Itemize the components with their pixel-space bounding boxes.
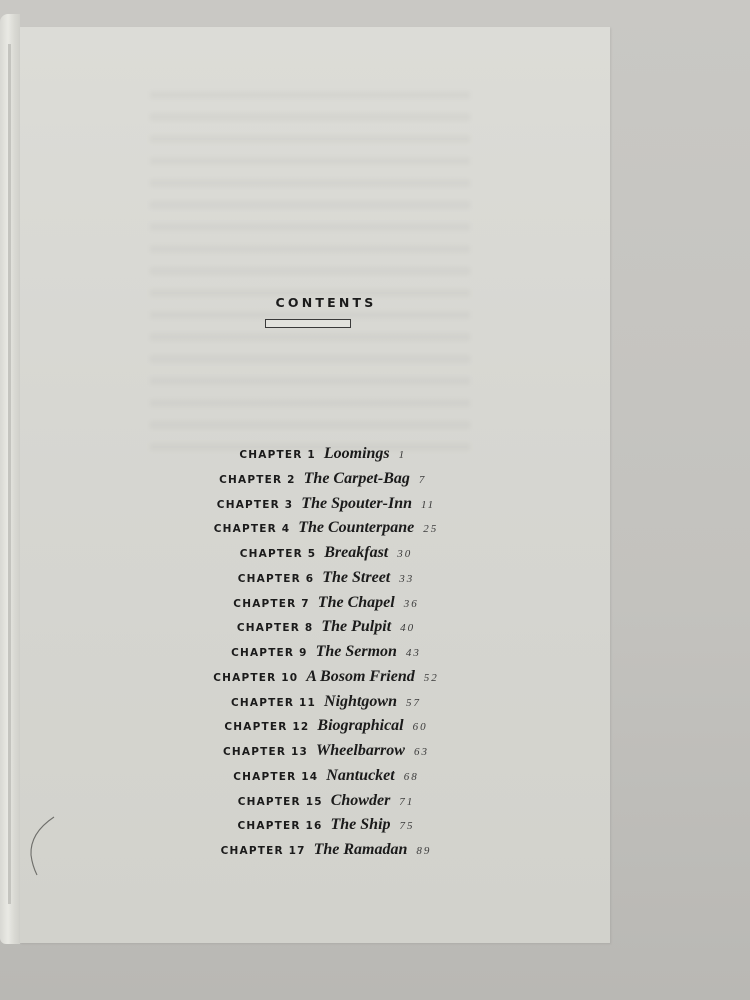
- toc-entry: CHAPTER 7The Chapel36: [20, 594, 632, 619]
- toc-entry: CHAPTER 2The Carpet-Bag7: [20, 470, 632, 495]
- chapter-page-number: 75: [400, 820, 415, 832]
- toc-entry: CHAPTER 8The Pulpit40: [20, 618, 632, 643]
- chapter-label: CHAPTER 12: [224, 721, 309, 733]
- chapter-page-number: 1: [399, 449, 413, 461]
- chapter-title: Breakfast: [324, 544, 388, 562]
- toc-entry: CHAPTER 6The Street33: [20, 569, 632, 594]
- chapter-page-number: 25: [423, 523, 438, 535]
- toc-entry: CHAPTER 15Chowder71: [20, 792, 632, 817]
- chapter-label: CHAPTER 15: [238, 796, 323, 808]
- chapter-title: The Ramadan: [314, 841, 408, 859]
- heading-ornament-rule: [265, 319, 351, 328]
- toc-entry: CHAPTER 11Nightgown57: [20, 693, 632, 718]
- chapter-title: The Chapel: [318, 594, 395, 612]
- toc-entry: CHAPTER 16The Ship75: [20, 816, 632, 841]
- chapter-page-number: 7: [419, 474, 433, 486]
- chapter-title: The Pulpit: [321, 618, 391, 636]
- chapter-page-number: 57: [406, 697, 421, 709]
- chapter-page-number: 43: [406, 647, 421, 659]
- chapter-title: Chowder: [331, 792, 391, 810]
- chapter-title: Nantucket: [326, 767, 394, 785]
- chapter-title: Loomings: [324, 445, 390, 463]
- contents-heading: CONTENTS: [20, 295, 632, 310]
- chapter-page-number: 40: [400, 622, 415, 634]
- chapter-page-number: 33: [399, 573, 414, 585]
- chapter-page-number: 36: [404, 598, 419, 610]
- chapter-label: CHAPTER 5: [240, 548, 317, 560]
- chapter-page-number: 11: [421, 499, 435, 511]
- chapter-title: The Sermon: [316, 643, 397, 661]
- toc-entry: CHAPTER 10A Bosom Friend52: [20, 668, 632, 693]
- chapter-page-number: 71: [399, 796, 414, 808]
- toc-entry: CHAPTER 13Wheelbarrow63: [20, 742, 632, 767]
- toc-entry: CHAPTER 9The Sermon43: [20, 643, 632, 668]
- chapter-page-number: 52: [424, 672, 439, 684]
- chapter-label: CHAPTER 4: [214, 523, 291, 535]
- chapter-title: A Bosom Friend: [306, 668, 414, 686]
- toc-entry: CHAPTER 3The Spouter-Inn11: [20, 495, 632, 520]
- book-page: CONTENTS CHAPTER 1Loomings1 CHAPTER 2The…: [20, 27, 610, 943]
- chapter-page-number: 68: [404, 771, 419, 783]
- chapter-label: CHAPTER 13: [223, 746, 308, 758]
- chapter-label: CHAPTER 3: [217, 499, 294, 511]
- chapter-label: CHAPTER 1: [239, 449, 316, 461]
- toc-entry: CHAPTER 1Loomings1: [20, 445, 632, 470]
- toc-entry: CHAPTER 5Breakfast30: [20, 544, 632, 569]
- toc-entry: CHAPTER 12Biographical60: [20, 717, 632, 742]
- table-of-contents: CHAPTER 1Loomings1 CHAPTER 2The Carpet-B…: [20, 445, 632, 866]
- chapter-label: CHAPTER 2: [219, 474, 296, 486]
- book-spine-edge: [0, 14, 20, 944]
- chapter-title: The Spouter-Inn: [301, 495, 412, 513]
- chapter-label: CHAPTER 16: [237, 820, 322, 832]
- chapter-label: CHAPTER 7: [233, 598, 310, 610]
- chapter-title: The Counterpane: [298, 519, 414, 537]
- chapter-page-number: 89: [416, 845, 431, 857]
- chapter-title: The Ship: [331, 816, 391, 834]
- chapter-label: CHAPTER 8: [237, 622, 314, 634]
- chapter-title: Nightgown: [324, 693, 397, 711]
- chapter-label: CHAPTER 6: [238, 573, 315, 585]
- chapter-label: CHAPTER 14: [233, 771, 318, 783]
- chapter-page-number: 63: [414, 746, 429, 758]
- chapter-page-number: 30: [397, 548, 412, 560]
- chapter-label: CHAPTER 9: [231, 647, 308, 659]
- toc-entry: CHAPTER 17The Ramadan89: [20, 841, 632, 866]
- chapter-page-number: 60: [413, 721, 428, 733]
- chapter-label: CHAPTER 10: [213, 672, 298, 684]
- chapter-label: CHAPTER 17: [221, 845, 306, 857]
- chapter-title: The Carpet-Bag: [304, 470, 410, 488]
- chapter-label: CHAPTER 11: [231, 697, 316, 709]
- chapter-title: Wheelbarrow: [316, 742, 405, 760]
- chapter-title: Biographical: [317, 717, 403, 735]
- toc-entry: CHAPTER 4The Counterpane25: [20, 519, 632, 544]
- toc-entry: CHAPTER 14Nantucket68: [20, 767, 632, 792]
- chapter-title: The Street: [322, 569, 390, 587]
